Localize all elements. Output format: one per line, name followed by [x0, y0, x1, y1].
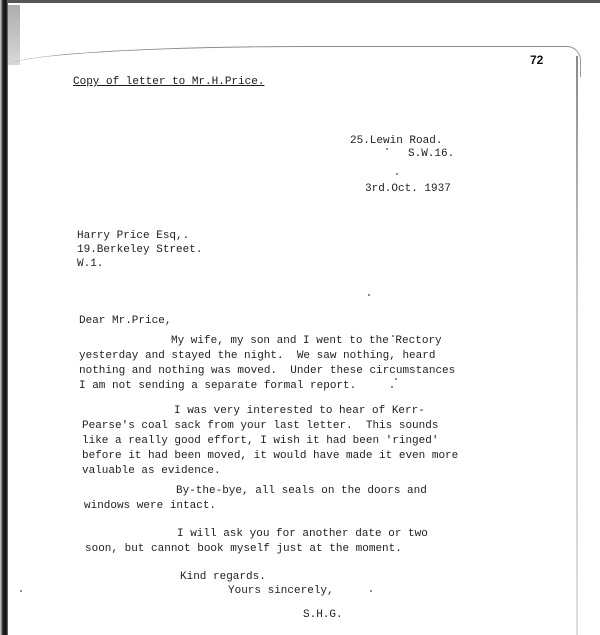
paragraph-line: I was very interested to hear of Kerr- [82, 404, 458, 419]
paragraph-4: I will ask you for another date or two s… [85, 527, 428, 557]
document-heading: Copy of letter to Mr.H.Price. [73, 76, 264, 88]
sender-address-line1: 25.Lewin Road. [350, 134, 442, 148]
sender-address-line2: S.W.16. [408, 147, 454, 161]
valediction: Yours sincerely, [228, 584, 334, 598]
paragraph-line: before it had been moved, it would have … [82, 449, 458, 464]
paragraph-1: My wife, my son and I went to the Rector… [79, 334, 455, 394]
scan-speck [396, 173, 398, 175]
scan-speck [386, 148, 388, 150]
scan-speck [370, 590, 372, 592]
paragraph-line: valuable as evidence. [82, 464, 458, 479]
scan-speck [392, 335, 394, 337]
paragraph-line: nothing and nothing was moved. Under the… [79, 364, 455, 379]
recipient-name: Harry Price Esq,. [77, 229, 189, 243]
page-curl-edge [8, 46, 581, 77]
paragraph-line: My wife, my son and I went to the Rector… [79, 334, 455, 349]
signature: S.H.G. [303, 608, 343, 622]
scan-speck [391, 386, 393, 388]
recipient-district: W.1. [77, 257, 103, 271]
page-number: 72 [530, 53, 543, 67]
paragraph-line: windows were intact. [84, 499, 427, 514]
paragraph-line: Pearse's coal sack from your last letter… [82, 419, 458, 434]
paragraph-line: yesterday and stayed the night. We saw n… [79, 349, 455, 364]
paragraph-line: I am not sending a separate formal repor… [79, 379, 455, 394]
paragraph-line: I will ask you for another date or two [85, 527, 428, 542]
page-right-edge [576, 56, 578, 635]
paragraph-3: By-the-bye, all seals on the doors and w… [84, 484, 427, 514]
paragraph-line: like a really good effort, I wish it had… [82, 434, 458, 449]
scan-top-border [0, 0, 600, 3]
recipient-street: 19.Berkeley Street. [77, 243, 202, 257]
binding-edge [0, 0, 8, 635]
scan-speck [20, 590, 22, 592]
letter-date: 3rd.Oct. 1937 [365, 182, 451, 196]
scan-speck [395, 378, 397, 380]
closing: Kind regards. [180, 570, 266, 584]
paragraph-line: By-the-bye, all seals on the doors and [84, 484, 427, 499]
paragraph-2: I was very interested to hear of Kerr- P… [82, 404, 458, 479]
page-shadow [8, 5, 20, 65]
paragraph-line: soon, but cannot book myself just at the… [85, 542, 428, 557]
scan-speck [368, 294, 370, 296]
salutation: Dear Mr.Price, [79, 314, 171, 328]
